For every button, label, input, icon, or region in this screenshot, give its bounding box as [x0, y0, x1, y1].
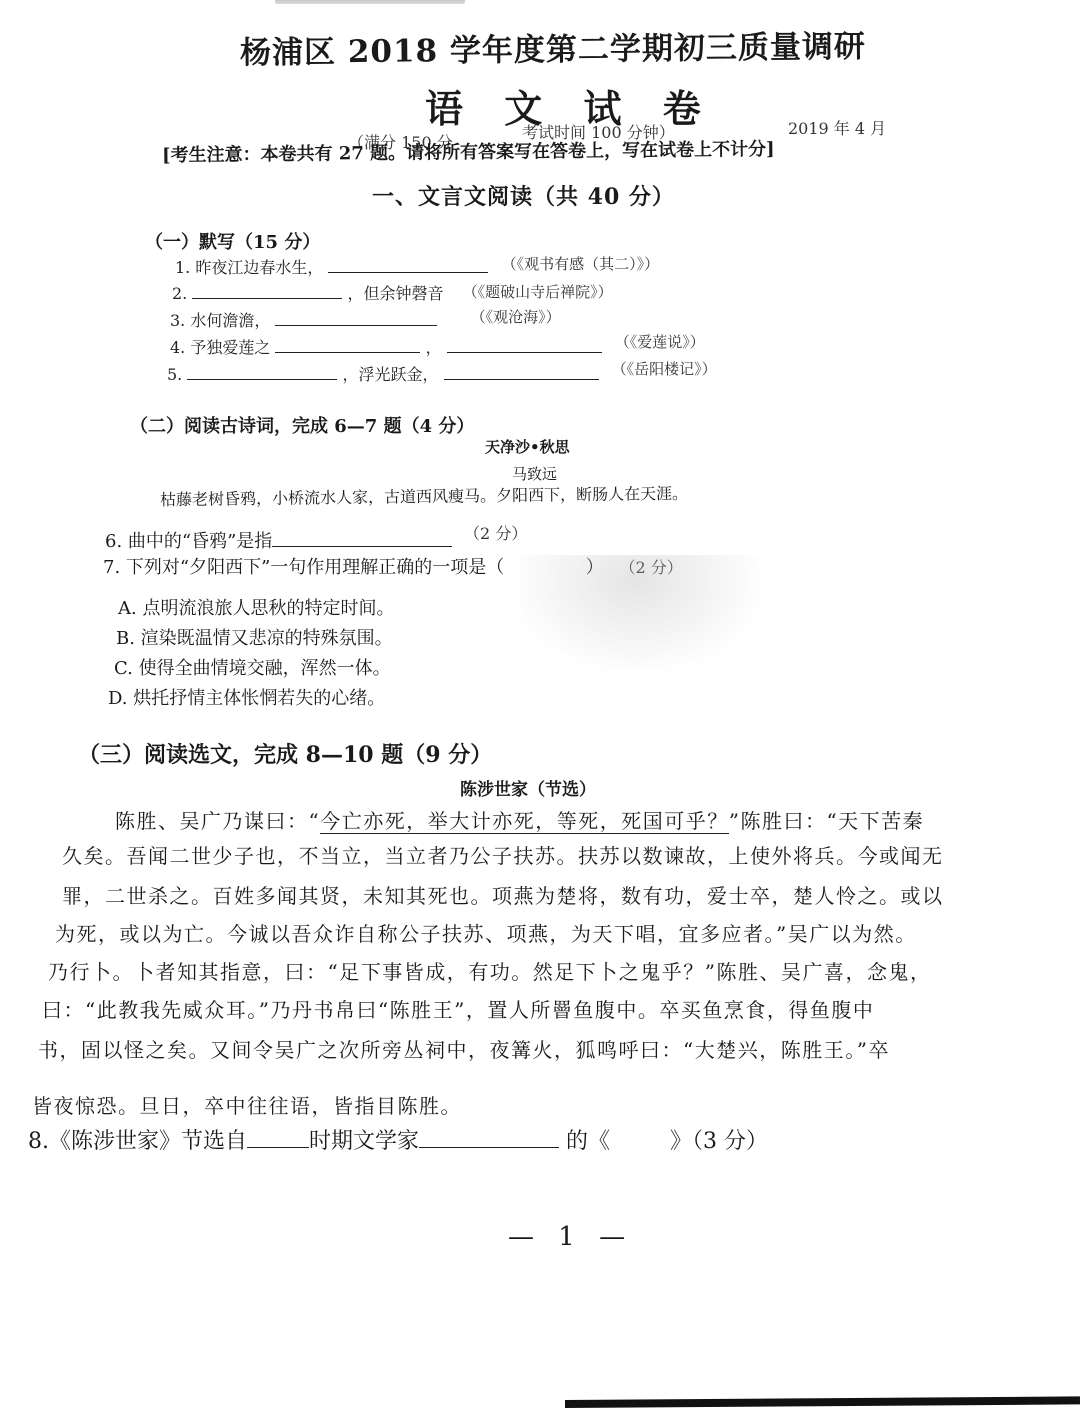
fill-item-1: 1. 昨夜江边春水生， （《观书有感（其二）》） — [175, 255, 659, 278]
essay-line-7: 书，固以怪之矣。又间令吴广之次所旁丛祠中，夜篝火，狐鸣呼曰：“大楚兴，陈胜王。”… — [38, 1034, 890, 1063]
answer-blank[interactable] — [272, 532, 452, 547]
exam-title: 杨浦区 2018 学年度第二学期初三质量调研 — [240, 21, 866, 73]
answer-blank[interactable] — [444, 365, 599, 380]
essay-line-5: 乃行卜。卜者知其指意，曰：“足下事皆成，有功。然足下卜之鬼乎？”陈胜、吴广喜，念… — [48, 956, 931, 985]
part-1-title: （一）默写（15 分） — [145, 228, 320, 254]
answer-blank[interactable] — [192, 284, 342, 299]
answer-blank[interactable] — [328, 258, 488, 273]
essay-line-6: 曰：“此教我先威众耳。”乃丹书帛曰“陈胜王”，置人所罾鱼腹中。卒买鱼烹食，得鱼腹… — [42, 994, 874, 1023]
question-6: 6. 曲中的“昏鸦”是指 （2 分） — [105, 527, 527, 553]
option-a: A. 点明流浪旅人思秋的特定时间。 — [118, 594, 394, 620]
answer-blank[interactable] — [275, 338, 420, 353]
answer-blank[interactable] — [275, 311, 437, 326]
scan-edge-shadow — [565, 1396, 1080, 1408]
page-number: — 1 — — [508, 1222, 633, 1252]
answer-blank[interactable] — [447, 338, 602, 353]
essay-line-2: 久矣。吾闻二世少子也，不当立，当立者乃公子扶苏。扶苏以数谏故，上使外将兵。今或闻… — [62, 840, 944, 869]
essay-line-8: 皆夜惊恐。旦日，卒中往往语，皆指目陈胜。 — [32, 1090, 462, 1119]
essay-line-4: 为死，或以为亡。今诚以吾众诈自称公子扶苏、项燕，为天下唱，宜多应者。”吴广以为然… — [55, 918, 917, 947]
underlined-quote: 今亡亦死，举大计亦死，等死，死国可乎？ — [320, 809, 729, 834]
essay-line-3: 罪，二世杀之。百姓多闻其贤，未知其死也。项燕为楚将，数有功，爱士卒，楚人怜之。或… — [62, 880, 944, 909]
option-b: B. 渲染既温情又悲凉的特殊氛围。 — [116, 624, 393, 650]
fill-item-3: 3. 水何澹澹， （《观沧海》） — [170, 308, 561, 331]
fill-item-5: 5. ，浮光跃金， （《岳阳楼记》） — [167, 362, 717, 385]
option-d: D. 烘托抒情主体怅惘若失的心绪。 — [108, 684, 385, 710]
essay-title: 陈涉世家（节选） — [460, 775, 596, 800]
part-2-title: （二）阅读古诗词，完成 6—7 题（4 分） — [130, 412, 474, 438]
answer-blank-era[interactable] — [247, 1127, 309, 1148]
exam-date: 2019 年 4 月 — [788, 116, 886, 139]
part-3-title: （三）阅读选文，完成 8—10 题（9 分） — [78, 738, 492, 769]
poem-text: 枯藤老树昏鸦，小桥流水人家，古道西风瘦马。夕阳西下，断肠人在天涯。 — [160, 481, 688, 510]
poem-author: 马致远 — [512, 463, 557, 484]
essay-line-1: 陈胜、吴广乃谋曰：“今亡亦死，举大计亦死，等死，死国可乎？”陈胜曰：“天下苦秦 — [115, 805, 924, 834]
answer-blank[interactable] — [187, 365, 337, 380]
poem-title: 天净沙•秋思 — [485, 436, 570, 457]
exam-notice: [考生注意：本卷共有 27 题。请将所有答案写在答卷上，写在试卷上不计分] — [162, 135, 775, 167]
question-8: 8.《陈涉世家》节选自时期文学家 的《》（3 分） — [28, 1124, 768, 1155]
answer-blank-author[interactable] — [419, 1127, 559, 1148]
section-1-title: 一、文言文阅读（共 40 分） — [372, 180, 675, 211]
clipped-header-fragment — [275, 0, 465, 4]
option-c: C. 使得全曲情境交融，浑然一体。 — [114, 654, 391, 680]
scan-smudge — [520, 555, 780, 685]
fill-item-4: 4. 予独爱莲之 ， （《爱莲说》） — [170, 335, 705, 358]
fill-item-2: 2. ，但余钟磬音 （《题破山寺后禅院》） — [172, 281, 613, 304]
